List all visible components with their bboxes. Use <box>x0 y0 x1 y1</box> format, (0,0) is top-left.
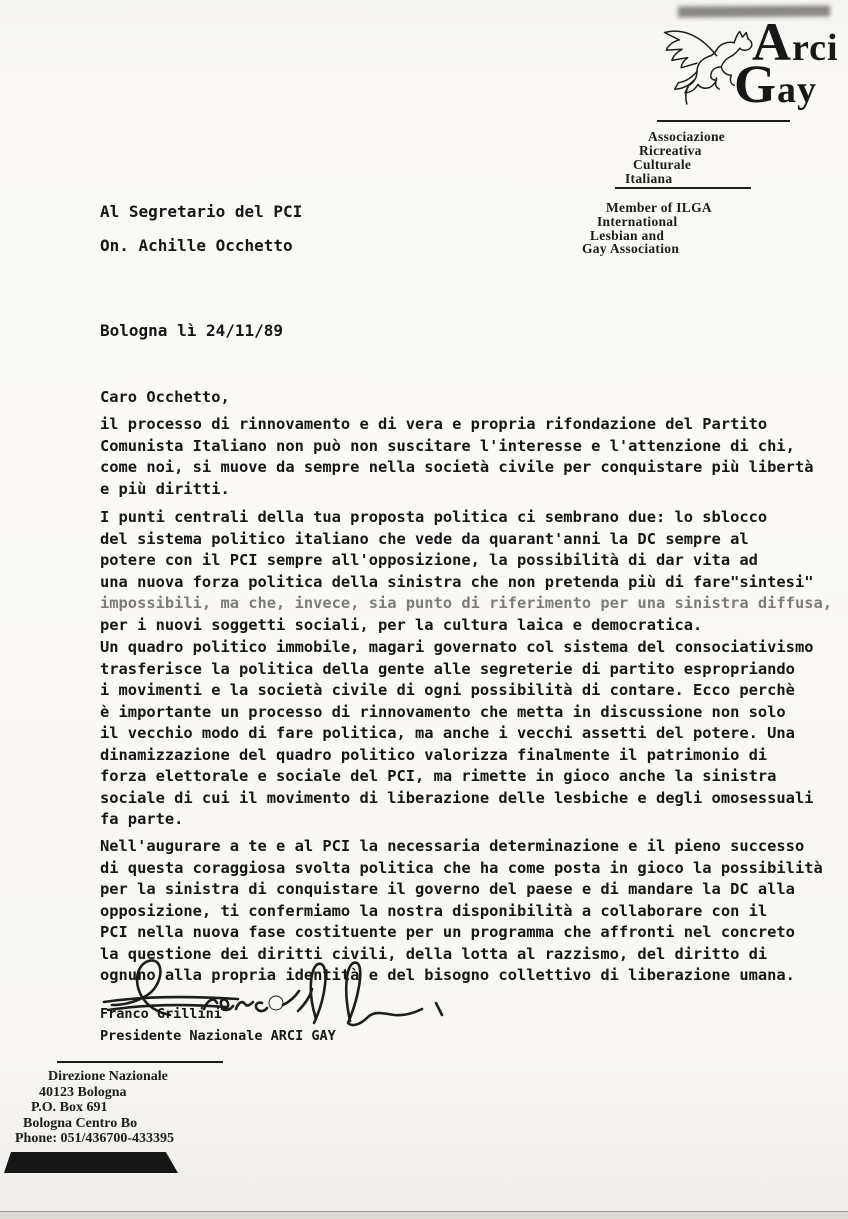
membership-divider-rule <box>615 187 751 189</box>
association-line: Associazione <box>560 130 820 144</box>
salutation: Caro Occhetto, <box>100 387 848 409</box>
scan-bottom-edge <box>0 1211 848 1219</box>
signature-block: Franco Grillini Presidente Nazionale ARC… <box>100 1003 336 1047</box>
footer-line: P.O. Box 691 <box>0 1100 300 1116</box>
recipient-block: Al Segretario del PCI On. Achille Occhet… <box>100 202 302 270</box>
dateline: Bologna lì 24/11/89 <box>100 321 283 340</box>
footer-address-block: Direzione Nazionale 40123 Bologna P.O. B… <box>0 1069 300 1147</box>
membership-line: Gay Association <box>560 242 820 256</box>
black-stamp-bar <box>4 1152 178 1173</box>
membership-line: Member of ILGA <box>560 201 820 215</box>
paragraph-2: I punti centrali della tua proposta poli… <box>100 507 848 636</box>
footer-line: 40123 Bologna <box>0 1085 300 1101</box>
ilga-membership-block: Member of ILGA International Lesbian and… <box>560 201 820 256</box>
association-name-block: Associazione Ricreativa Culturale Italia… <box>560 130 820 186</box>
paragraph-3: Un quadro politico immobile, magari gove… <box>100 637 848 831</box>
signer-name: Franco Grillini <box>100 1003 336 1025</box>
association-line: Ricreativa <box>560 144 820 158</box>
membership-line: International <box>560 215 820 229</box>
logo-word-gay: Gay <box>734 64 817 110</box>
footer-divider-rule <box>57 1061 223 1063</box>
footer-line: Direzione Nazionale <box>0 1069 300 1085</box>
paragraph-1: il processo di rinnovamento e di vera e … <box>100 414 848 500</box>
association-line: Culturale <box>560 158 820 172</box>
footer-line: Phone: 051/436700-433395 <box>0 1131 300 1147</box>
recipient-line-1: Al Segretario del PCI <box>100 202 302 221</box>
logo-divider-rule <box>657 120 790 122</box>
letter-page: Arci Gay Associazione Ricreativa Cultura… <box>0 0 848 1219</box>
recipient-line-2: On. Achille Occhetto <box>100 236 302 255</box>
signer-title: Presidente Nazionale ARCI GAY <box>100 1025 336 1047</box>
association-line: Italiana <box>560 172 820 186</box>
membership-line: Lesbian and <box>560 229 820 243</box>
footer-line: Bologna Centro Bo <box>0 1116 300 1132</box>
